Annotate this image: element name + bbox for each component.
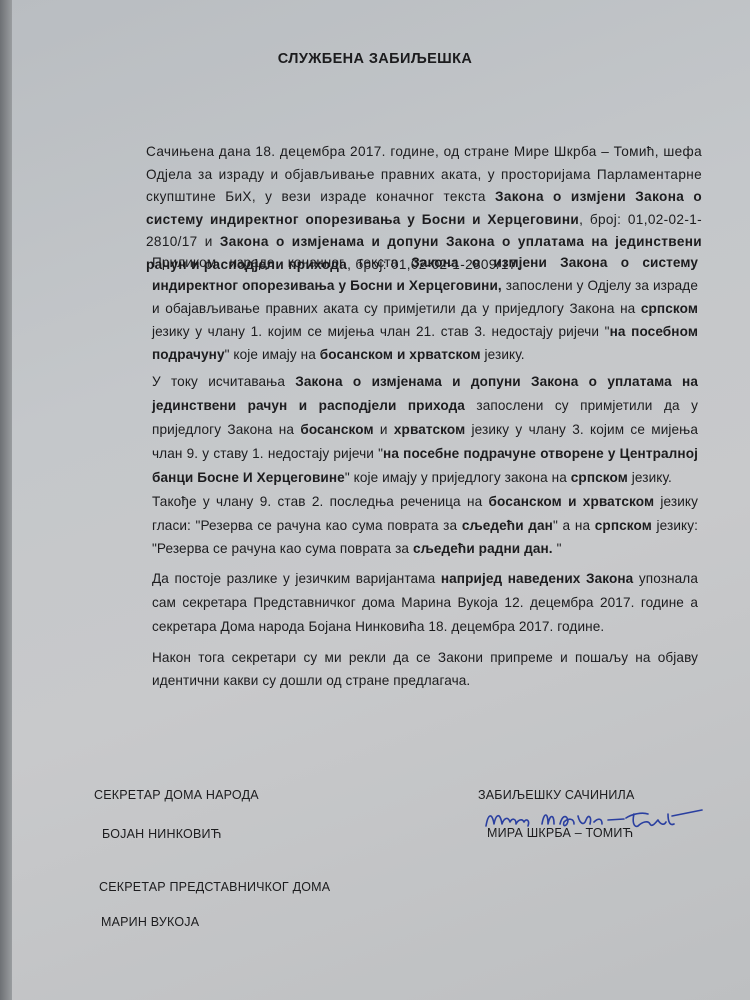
text-segment: ": [553, 541, 562, 556]
bold-text-segment: напријед наведених Закона: [441, 571, 634, 586]
bold-text-segment: босанском: [300, 422, 373, 437]
bold-text-segment: босанском и хрватском: [489, 494, 655, 509]
text-segment: језику.: [481, 347, 525, 362]
text-segment: " а на: [553, 518, 595, 533]
text-segment: У току исчитавања: [152, 374, 295, 389]
signatory-name-house-of-peoples: БОЈАН НИНКОВИЋ: [102, 827, 222, 841]
text-segment: и: [374, 422, 394, 437]
paragraph-2: Приликом израде коначног текста Закона о…: [152, 251, 698, 366]
bold-text-segment: босанском и хрватском: [320, 347, 481, 362]
page-edge-shadow: [0, 0, 12, 1000]
signatory-role-house-of-peoples: СЕКРЕТАР ДОМА НАРОДА: [94, 788, 259, 802]
text-segment: " које имају у приједлогу закона на: [345, 470, 571, 485]
text-segment: Такође у члану 9. став 2. последња речен…: [152, 494, 489, 509]
bold-text-segment: српском: [595, 518, 652, 533]
bold-text-segment: српском: [641, 301, 698, 316]
text-segment: Да постоје разлике у језичким варијантам…: [152, 571, 441, 586]
paragraph-6: Након тога секретари су ми рекли да се З…: [152, 646, 698, 692]
text-segment: Приликом израде коначног текста: [152, 255, 411, 270]
text-segment: " које имају на: [225, 347, 320, 362]
signatory-role-house-of-representatives: СЕКРЕТАР ПРЕДСТАВНИЧКОГ ДОМА: [99, 880, 330, 894]
bold-text-segment: српском: [571, 470, 628, 485]
paragraph-5: Да постоје разлике у језичким варијантам…: [152, 567, 698, 639]
bold-text-segment: сљедећи дан: [462, 518, 553, 533]
signatory-name-house-of-representatives: МАРИН ВУКОЈА: [101, 915, 199, 929]
paragraph-3: У току исчитавања Закона о измјенама и д…: [152, 370, 698, 490]
document-title: СЛУЖБЕНА ЗАБИЉЕШКА: [0, 51, 750, 67]
text-segment: језику у члану 1. којим се мијења члан 2…: [152, 324, 610, 339]
bold-text-segment: хрватском: [394, 422, 465, 437]
text-segment: Након тога секретари су ми рекли да се З…: [152, 650, 698, 688]
text-segment: језику.: [628, 470, 672, 485]
bold-text-segment: сљедећи радни дан.: [413, 541, 553, 556]
paragraph-4: Такође у члану 9. став 2. последња речен…: [152, 490, 698, 561]
handwritten-signature-icon: [482, 800, 722, 840]
